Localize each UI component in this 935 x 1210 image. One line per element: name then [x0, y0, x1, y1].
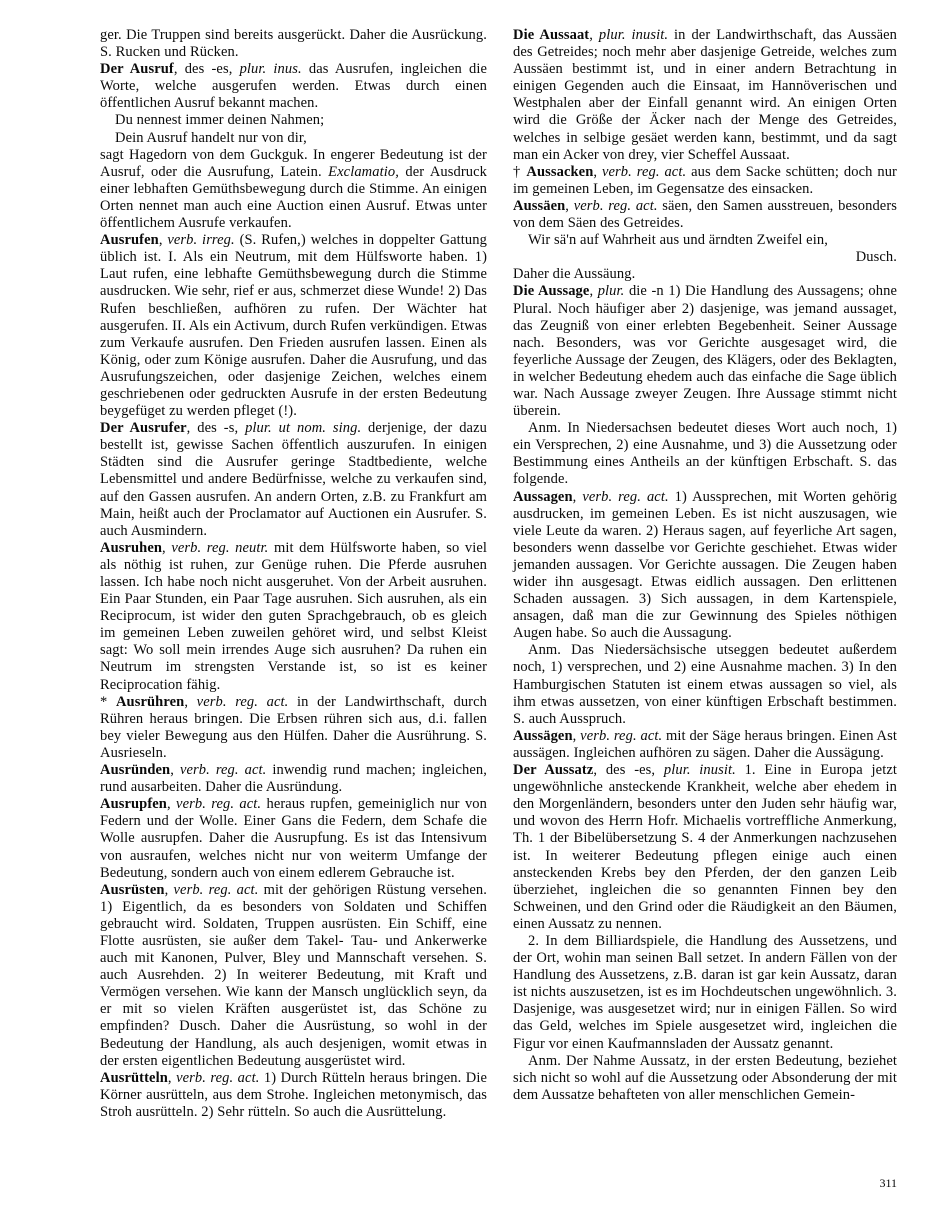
entry-der-ausrufer: Der Ausrufer, des -s, plur. ut nom. sing…: [100, 420, 487, 540]
continuation-aussaeung: Daher die Aussäung.: [513, 266, 897, 283]
headword: Die Aussage: [513, 283, 589, 299]
dictionary-page: ger. Die Truppen sind bereits ausgerückt…: [0, 0, 935, 1210]
body-text: Anm. In Niedersachsen bedeutet dieses Wo…: [513, 420, 897, 487]
entry-aussagen: Aussagen, verb. reg. act. 1) Aussprechen…: [513, 489, 897, 643]
body-text: ,: [165, 882, 174, 898]
grammar-label: verb. reg. act.: [580, 728, 662, 744]
body-text: *: [100, 694, 116, 710]
body-text: , des -es,: [174, 61, 240, 77]
headword: Die Aussaat: [513, 27, 589, 43]
grammar-label: verb. reg. act.: [180, 762, 266, 778]
headword: Der Aussatz: [513, 762, 593, 778]
headword: Ausrufen: [100, 232, 159, 248]
anm-aussagen: Anm. Das Niedersächsische utseggen bedeu…: [513, 642, 897, 727]
body-text: Daher die Aussäung.: [513, 266, 635, 282]
headword: Aussacken: [526, 164, 593, 180]
grammar-label: plur. inus.: [240, 61, 302, 77]
body-text: ,: [168, 1070, 176, 1086]
body-text: Dusch.: [856, 249, 897, 265]
verse-line-2: Dein Ausruf handelt nur von dir,: [100, 130, 487, 147]
body-text: mit dem Hülfsworte haben, so viel als nö…: [100, 540, 487, 693]
attribution-dusch: Dusch.: [513, 249, 897, 266]
headword: Ausrupfen: [100, 796, 167, 812]
grammar-label: plur. inusit.: [599, 27, 668, 43]
headword: Ausründen: [100, 762, 170, 778]
entry-ausrufen: Ausrufen, verb. irreg. (S. Rufen,) welch…: [100, 232, 487, 420]
grammar-label: verb. reg. act.: [582, 489, 668, 505]
entry-ausruehren: * Ausrühren, verb. reg. act. in der Land…: [100, 694, 487, 762]
body-text: Anm. Der Nahme Aussatz, in der ersten Be…: [513, 1053, 897, 1103]
body-text: ,: [162, 540, 171, 556]
headword: Ausrütteln: [100, 1070, 168, 1086]
page-number: 311: [513, 1176, 897, 1190]
body-text: †: [513, 164, 526, 180]
body-text: , des -s,: [187, 420, 245, 436]
body-text: ,: [589, 283, 597, 299]
left-column: ger. Die Truppen sind bereits ausgerückt…: [100, 27, 487, 1121]
body-text: ,: [184, 694, 196, 710]
body-text: ,: [565, 198, 573, 214]
body-text: Dein Ausruf handelt nur von dir,: [115, 130, 307, 146]
grammar-label: plur.: [598, 283, 625, 299]
body-text: mit der gehörigen Rüstung versehen. 1) E…: [100, 882, 487, 1069]
body-text: ger. Die Truppen sind bereits ausgerückt…: [100, 27, 487, 60]
grammar-label: Exclamatio,: [328, 164, 399, 180]
entry-ausruhen: Ausruhen, verb. reg. neutr. mit dem Hülf…: [100, 540, 487, 694]
grammar-label: plur. inusit.: [664, 762, 736, 778]
headword: Der Ausruf: [100, 61, 174, 77]
entry-die-aussaat: Die Aussaat, plur. inusit. in der Landwi…: [513, 27, 897, 164]
grammar-label: verb. reg. neutr.: [171, 540, 268, 556]
anm-aussatz: Anm. Der Nahme Aussatz, in der ersten Be…: [513, 1053, 897, 1104]
body-text: , des -es,: [593, 762, 664, 778]
grammar-label: verb. reg. act.: [176, 1070, 259, 1086]
body-text: ,: [593, 164, 602, 180]
grammar-label: verb. irreg.: [167, 232, 234, 248]
verse-line-aussaeen: Wir sä'n auf Wahrheit aus und ärndten Zw…: [513, 232, 897, 249]
entry-der-aussatz: Der Aussatz, des -es, plur. inusit. 1. E…: [513, 762, 897, 933]
grammar-label: verb. reg. act.: [176, 796, 261, 812]
entry-aussaeen: Aussäen, verb. reg. act. säen, den Samen…: [513, 198, 897, 232]
body-text: 2. In dem Billiardspiele, die Handlung d…: [513, 933, 897, 1052]
anm-aussage: Anm. In Niedersachsen bedeutet dieses Wo…: [513, 420, 897, 488]
body-text: Wir sä'n auf Wahrheit aus und ärndten Zw…: [528, 232, 828, 248]
headword: Aussägen: [513, 728, 573, 744]
body-text: ,: [170, 762, 180, 778]
entry-aussacken: † Aussacken, verb. reg. act. aus dem Sac…: [513, 164, 897, 198]
grammar-label: verb. reg. act.: [574, 198, 658, 214]
body-text: ,: [573, 489, 583, 505]
body-text: Du nennest immer deinen Nahmen;: [115, 112, 324, 128]
body-text: 1. Eine in Europa jetzt ungewöhnliche an…: [513, 762, 897, 932]
verse-line-1: Du nennest immer deinen Nahmen;: [100, 112, 487, 129]
body-text: 1) Aussprechen, mit Worten gehörig ausdr…: [513, 489, 897, 642]
body-text: (S. Rufen,) welches in doppelter Gattung…: [100, 232, 487, 419]
entry-ausruenden: Ausründen, verb. reg. act. inwendig rund…: [100, 762, 487, 796]
continuation-hagedorn: sagt Hagedorn von dem Guckguk. In engere…: [100, 147, 487, 232]
entry-aussaegen: Aussägen, verb. reg. act. mit der Säge h…: [513, 728, 897, 762]
entry-ausruetteln: Ausrütteln, verb. reg. act. 1) Durch Rüt…: [100, 1070, 487, 1121]
headword: Aussagen: [513, 489, 573, 505]
entry-ausrupfen: Ausrupfen, verb. reg. act. heraus rupfen…: [100, 796, 487, 881]
body-text: ,: [589, 27, 599, 43]
grammar-label: verb. reg. act.: [174, 882, 259, 898]
grammar-label: verb. reg. act.: [197, 694, 289, 710]
body-text: derjenige, der dazu bestellt ist, gewiss…: [100, 420, 487, 539]
right-column: Die Aussaat, plur. inusit. in der Landwi…: [513, 27, 897, 1104]
entry-ausruesten: Ausrüsten, verb. reg. act. mit der gehör…: [100, 882, 487, 1070]
headword: Der Ausrufer: [100, 420, 187, 436]
entry-der-ausruf: Der Ausruf, des -es, plur. inus. das Aus…: [100, 61, 487, 112]
entry-die-aussage: Die Aussage, plur. die -n 1) Die Handlun…: [513, 283, 897, 420]
headword: Aussäen: [513, 198, 565, 214]
headword: Ausrühren: [116, 694, 184, 710]
headword: Ausrüsten: [100, 882, 165, 898]
headword: Ausruhen: [100, 540, 162, 556]
body-text: ,: [167, 796, 176, 812]
para-aussatz-2: 2. In dem Billiardspiele, die Handlung d…: [513, 933, 897, 1053]
grammar-label: verb. reg. act.: [602, 164, 686, 180]
body-text: die -n 1) Die Handlung des Aussagens; oh…: [513, 283, 897, 419]
grammar-label: plur. ut nom. sing.: [245, 420, 361, 436]
continuation-ausruecken: ger. Die Truppen sind bereits ausgerückt…: [100, 27, 487, 61]
body-text: Anm. Das Niedersächsische utseggen bedeu…: [513, 642, 897, 726]
body-text: in der Landwirthschaft, das Aussäen des …: [513, 27, 897, 163]
